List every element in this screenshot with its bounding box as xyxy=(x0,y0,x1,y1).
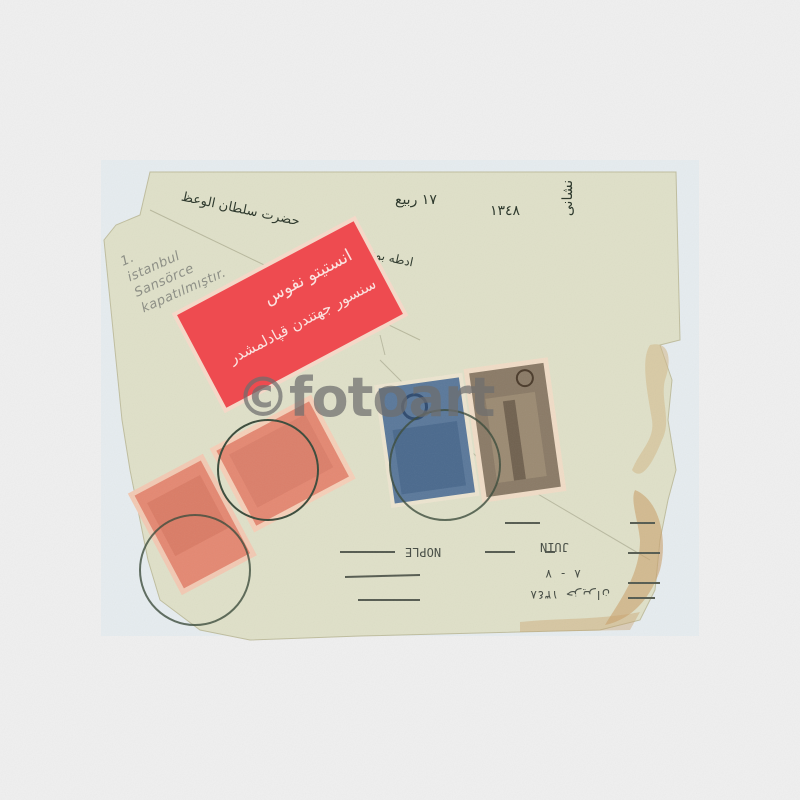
handwriting-top-right: نشانى xyxy=(560,180,576,216)
postmark-juin: JUIN xyxy=(540,540,569,554)
handwriting-year: ١٣٤٨ xyxy=(490,203,520,219)
postmark-arabic: ١٣٤٨ حزيران xyxy=(530,588,609,602)
watermark: ©fotoart xyxy=(236,366,494,429)
postmark-date: ٧ - ٨ xyxy=(545,567,581,581)
handwriting-date: ١٧ ربيع xyxy=(395,192,437,208)
postmark-nople: NOPLE xyxy=(405,545,441,559)
